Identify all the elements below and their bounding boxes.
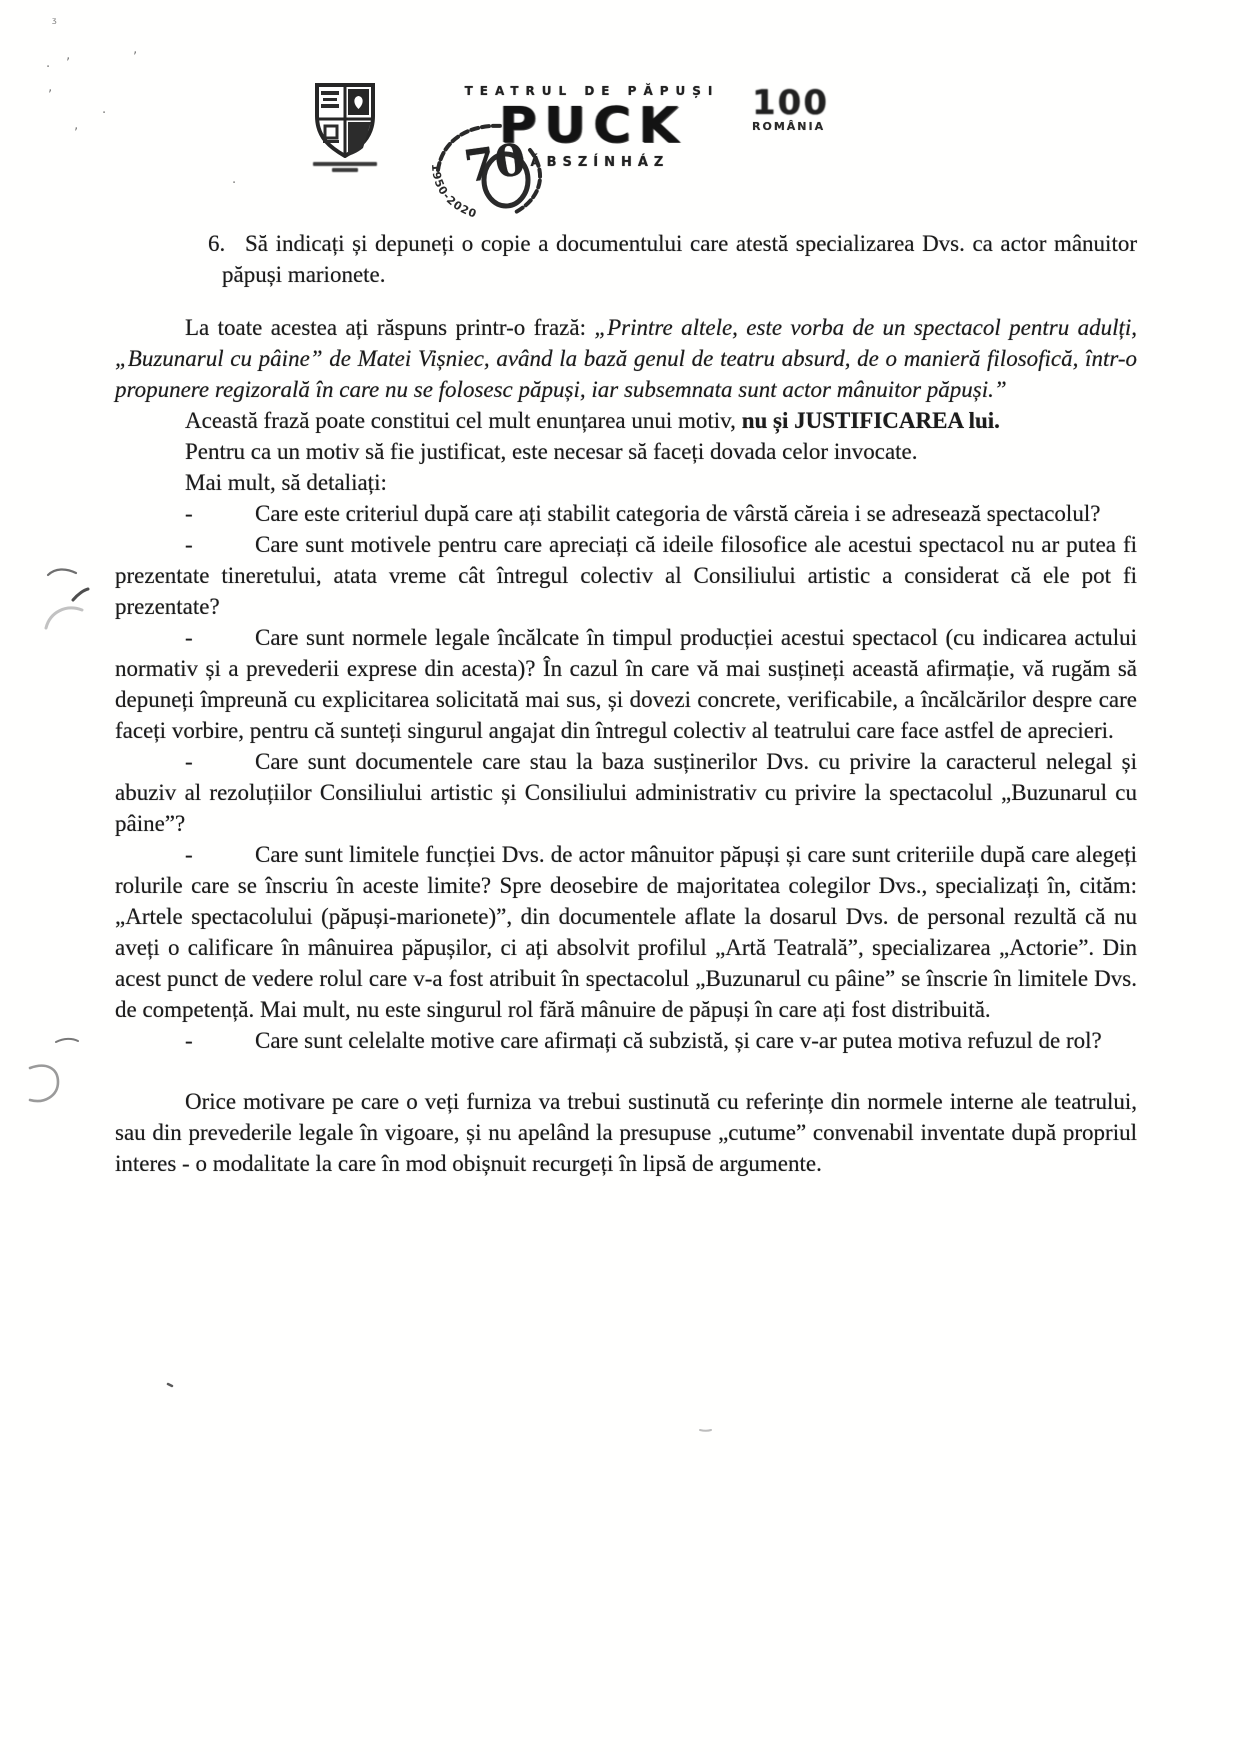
scan-speck (74, 126, 78, 141)
item-number: 6. (208, 228, 225, 259)
bullet-item: -Care sunt limitele funcției Dvs. de act… (115, 839, 1137, 1025)
bullet-item: -Care sunt celelalte motive care afirmaț… (115, 1025, 1137, 1056)
text-run: Mai mult, să detaliați: (185, 470, 387, 495)
paragraph: Orice motivare pe care o veți furniza va… (115, 1086, 1137, 1179)
text-run: Care sunt limitele funcției Dvs. de acto… (115, 842, 1137, 1022)
text-run: Orice motivare pe care o veți furniza va… (115, 1089, 1137, 1176)
bullet-marker: - (185, 622, 255, 653)
city-coat-of-arms (300, 82, 390, 174)
text-run: Această frază poate constitui cel mult e… (185, 408, 742, 433)
bullet-marker: - (185, 1025, 255, 1056)
paragraph: Mai mult, să detaliați: (115, 467, 1137, 498)
anniversary-number: 70 (457, 133, 533, 193)
paragraph: 6.Să indicați și depuneți o copie a docu… (115, 228, 1137, 290)
text-run: Care este criteriul după care ați stabil… (255, 501, 1100, 526)
bullet-item: -Care sunt normele legale încălcate în t… (115, 622, 1137, 746)
bullet-marker: - (185, 498, 255, 529)
scanned-document-page: TEATRUL DE PĂPUȘI PUCK BÁBSZÍNHÁZ 1950-2… (0, 0, 1240, 1752)
bullet-marker: - (185, 746, 255, 777)
bullet-item: -Care sunt documentele care stau la baza… (115, 746, 1137, 839)
scan-speck (66, 56, 70, 71)
text-run: nu și JUSTIFICAREA lui. (742, 408, 1000, 433)
bullet-item: -Care este criteriul după care ați stabi… (115, 498, 1137, 529)
scan-speck (232, 176, 236, 191)
scan-speck (52, 16, 57, 31)
text-run: Care sunt documentele care stau la baza … (115, 749, 1137, 836)
scan-speck (102, 106, 106, 121)
paragraph: Pentru ca un motiv să fie justificat, es… (115, 436, 1137, 467)
document-header: TEATRUL DE PĂPUȘI PUCK BÁBSZÍNHÁZ 1950-2… (0, 0, 1240, 220)
text-run: Care sunt normele legale încălcate în ti… (115, 625, 1137, 743)
centenary-number: 100 (752, 86, 862, 120)
theatre-name-ro: TEATRUL DE PĂPUȘI (452, 84, 732, 98)
bullet-marker: - (185, 839, 255, 870)
scan-speck (46, 60, 50, 75)
text-run: La toate acestea ați răspuns printr-o fr… (185, 315, 594, 340)
paragraph: Această frază poate constitui cel mult e… (115, 405, 1137, 436)
bullet-item: -Care sunt motivele pentru care apreciaț… (115, 529, 1137, 622)
text-run: Să indicați și depuneți o copie a docume… (222, 231, 1137, 287)
scan-speck (48, 88, 52, 103)
romania-centenary-logo: 100 ROMÂNIA (752, 86, 862, 133)
paragraph: La toate acestea ați răspuns printr-o fr… (115, 312, 1137, 405)
document-body: 6.Să indicați și depuneți o copie a docu… (115, 228, 1137, 1179)
coat-of-arms-icon (313, 82, 377, 158)
text-run: Pentru ca un motiv să fie justificat, es… (185, 439, 918, 464)
crest-caption-illegible (300, 162, 390, 172)
bullet-marker: - (185, 529, 255, 560)
scan-speck (133, 50, 137, 65)
anniversary-70-logo: 1950-2020 70 (418, 112, 568, 222)
text-run: Care sunt motivele pentru care apreciați… (115, 532, 1137, 619)
text-run: Care sunt celelalte motive care afirmați… (255, 1028, 1102, 1053)
